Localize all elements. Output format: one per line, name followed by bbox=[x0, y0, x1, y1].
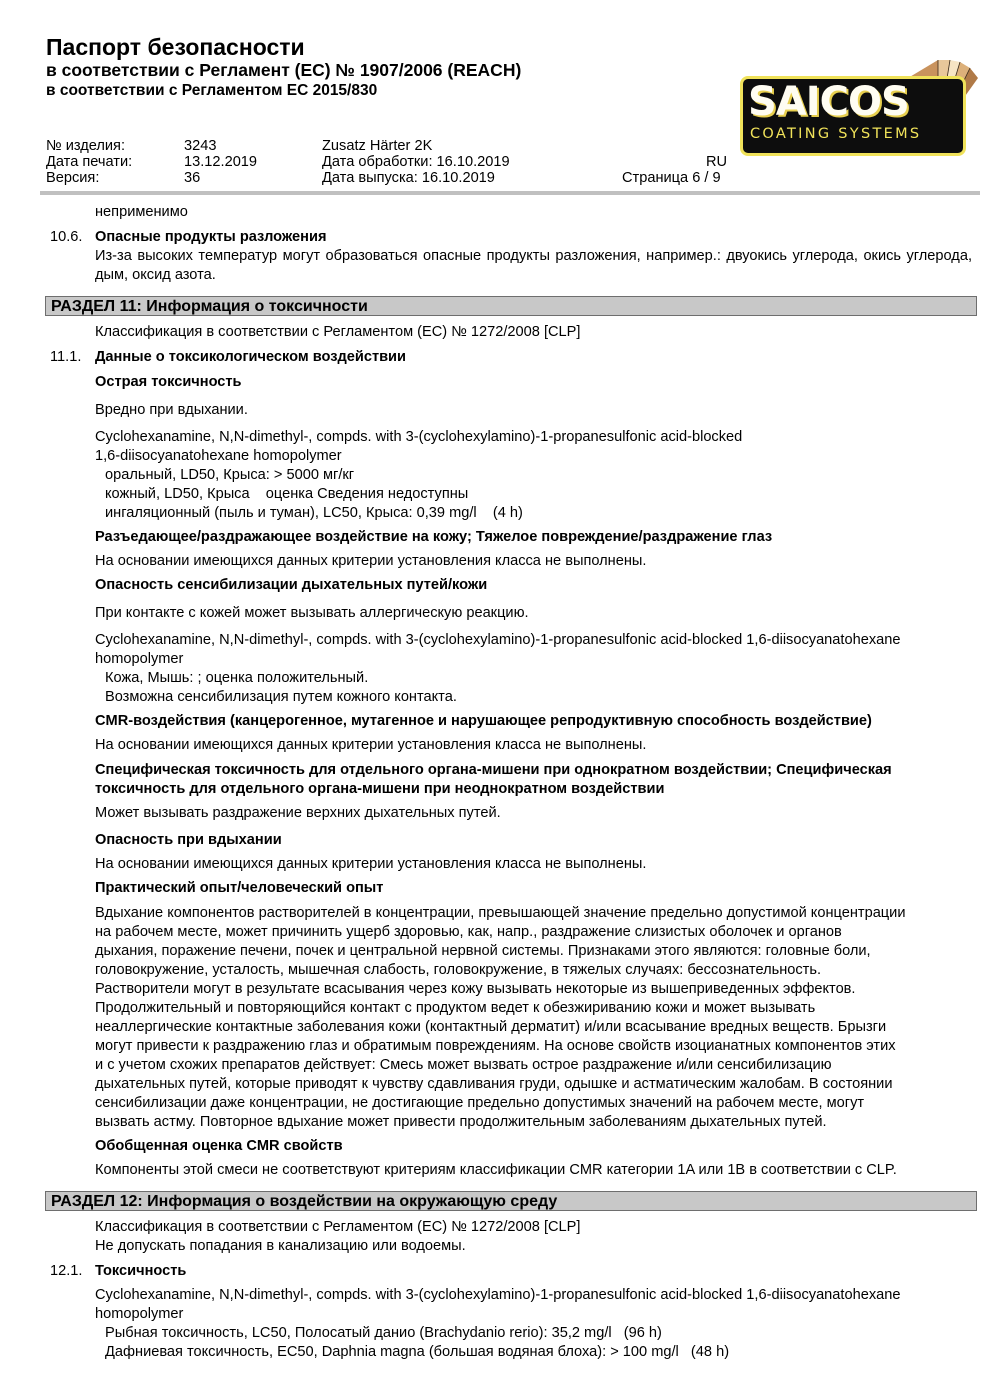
practical-experience-line: головокружение, усталость, мышечная слаб… bbox=[95, 961, 821, 980]
logo-brand: SAICOS bbox=[748, 80, 909, 124]
fish-toxicity-lc50: Рыбная токсичность, LC50, Полосатый дани… bbox=[95, 1324, 662, 1343]
heading-skin-eye-irritation: Разъедающее/раздражающее воздействие на … bbox=[95, 528, 772, 547]
heading-acute-toxicity: Острая токсичность bbox=[95, 373, 242, 392]
acute-dermal-ld50: кожный, LD50, Крыса оценка Сведения недо… bbox=[95, 485, 468, 504]
practical-experience-line: сенсибилизации даже концентрации, не дос… bbox=[95, 1094, 864, 1113]
heading-cmr-summary: Обобщенная оценка CMR свойств bbox=[95, 1137, 343, 1156]
item-number-label: № изделия: bbox=[46, 138, 125, 154]
heading-cmr-effects: CMR-воздействия (канцерогенное, мутагенн… bbox=[95, 712, 872, 731]
practical-experience-line: вызвать астму. Повторное вдыхание может … bbox=[95, 1113, 827, 1132]
acute-oral-ld50: оральный, LD50, Крыса: > 5000 мг/кг bbox=[95, 466, 354, 485]
section-12-bar: РАЗДЕЛ 12: Информация о воздействии на о… bbox=[45, 1191, 977, 1211]
practical-experience-line: дыхания, поражение печени, почек и центр… bbox=[95, 942, 871, 961]
document-subtitle-reach: в соответствии с Регламент (ЕС) № 1907/2… bbox=[46, 60, 521, 80]
practical-experience-line: могут привести к раздражению глаз и обра… bbox=[95, 1037, 896, 1056]
section-number-10-6: 10.6. bbox=[50, 228, 82, 247]
heading-aspiration-hazard: Опасность при вдыхании bbox=[95, 831, 282, 850]
processing-date: Дата обработки: 16.10.2019 bbox=[322, 154, 510, 170]
sensitisation-skin-contact: Возможна сенсибилизация путем кожного ко… bbox=[95, 688, 457, 707]
acute-inhalation-lc50: ингаляционный (пыль и туман), LC50, Крыс… bbox=[95, 504, 523, 523]
aspiration-hazard-text: На основании имеющихся данных критерии у… bbox=[95, 855, 646, 874]
acute-substance-line1: Cyclohexanamine, N,N-dimethyl-, compds. … bbox=[95, 428, 742, 447]
section-11-bar: РАЗДЕЛ 11: Информация о токсичности bbox=[45, 296, 977, 316]
page-indicator: Страница 6 / 9 bbox=[622, 170, 721, 186]
version-value: 36 bbox=[184, 170, 200, 186]
print-date-label: Дата печати: bbox=[46, 154, 132, 170]
section-number-11-1: 11.1. bbox=[50, 348, 81, 367]
not-applicable-text: неприменимо bbox=[95, 203, 188, 222]
saicos-logo: SAICOS COATING SYSTEMS bbox=[738, 60, 976, 156]
sensitisation-skin-mouse: Кожа, Мышь: ; оценка положительный. bbox=[95, 669, 368, 688]
heading-toxicological-effects: Данные о токсикологическом воздействии bbox=[95, 348, 406, 367]
practical-experience-line: на рабочем месте, может причинить ущерб … bbox=[95, 923, 842, 942]
sensitisation-substance-line2: homopolymer bbox=[95, 650, 183, 669]
print-date-value: 13.12.2019 bbox=[184, 154, 257, 170]
cmr-effects-text: На основании имеющихся данных критерии у… bbox=[95, 736, 646, 755]
item-number-value: 3243 bbox=[184, 138, 216, 154]
sensitisation-substance-line1: Cyclohexanamine, N,N-dimethyl-, compds. … bbox=[95, 631, 900, 650]
practical-experience-line: Растворители могут в результате всасыван… bbox=[95, 980, 856, 999]
sensitisation-statement: При контакте с кожей может вызывать алле… bbox=[95, 604, 529, 623]
section-11-classification: Классификация в соответствии с Регламент… bbox=[95, 323, 580, 342]
practical-experience-line: Вдыхание компонентов растворителей в кон… bbox=[95, 904, 905, 923]
document-subtitle-regulation: в соответствии с Регламентом ЕС 2015/830 bbox=[46, 82, 377, 100]
daphnia-toxicity-ec50: Дафниевая токсичность, EC50, Daphnia mag… bbox=[95, 1343, 729, 1362]
logo-tagline: COATING SYSTEMS bbox=[750, 126, 921, 142]
practical-experience-line: неаллергические контактные заболевания к… bbox=[95, 1018, 886, 1037]
heading-stot-line2: токсичность для отдельного органа-мишени… bbox=[95, 780, 664, 799]
section-number-12-1: 12.1. bbox=[50, 1262, 82, 1281]
practical-experience-line: дыхательных путей, которые приводят к чу… bbox=[95, 1075, 892, 1094]
heading-stot-line1: Специфическая токсичность для отдельного… bbox=[95, 761, 892, 780]
acute-substance-line2: 1,6-diisocyanatohexane homopolymer bbox=[95, 447, 342, 466]
language-code: RU bbox=[706, 154, 727, 170]
heading-ecotoxicity: Токсичность bbox=[95, 1262, 186, 1281]
practical-experience-line: Продолжительный и повторяющийся контакт … bbox=[95, 999, 815, 1018]
ecotox-substance-line2: homopolymer bbox=[95, 1305, 183, 1324]
section-12-drain-warning: Не допускать попадания в канализацию или… bbox=[95, 1237, 466, 1256]
section-11-title: РАЗДЕЛ 11: Информация о токсичности bbox=[51, 297, 368, 316]
release-date: Дата выпуска: 16.10.2019 bbox=[322, 170, 495, 186]
stot-text: Может вызывать раздражение верхних дыхат… bbox=[95, 804, 501, 823]
version-label: Версия: bbox=[46, 170, 99, 186]
decomposition-products-text: Из-за высоких температур могут образоват… bbox=[95, 247, 972, 285]
ecotox-substance-line1: Cyclohexanamine, N,N-dimethyl-, compds. … bbox=[95, 1286, 900, 1305]
section-12-classification: Классификация в соответствии с Регламент… bbox=[95, 1218, 580, 1237]
skin-eye-irritation-text: На основании имеющихся данных критерии у… bbox=[95, 552, 646, 571]
heading-sensitisation: Опасность сенсибилизации дыхательных пут… bbox=[95, 576, 487, 595]
cmr-summary-text: Компоненты этой смеси не соответствуют к… bbox=[95, 1161, 897, 1180]
practical-experience-line: и с учетом схожих препаратов действует: … bbox=[95, 1056, 832, 1075]
section-12-title: РАЗДЕЛ 12: Информация о воздействии на о… bbox=[51, 1192, 557, 1211]
acute-toxicity-statement: Вредно при вдыхании. bbox=[95, 401, 248, 420]
heading-practical-experience: Практический опыт/человеческий опыт bbox=[95, 879, 383, 898]
header-divider bbox=[40, 191, 980, 195]
product-name: Zusatz Härter 2K bbox=[322, 138, 432, 154]
document-title: Паспорт безопасности bbox=[46, 34, 305, 60]
heading-decomposition-products: Опасные продукты разложения bbox=[95, 228, 326, 247]
